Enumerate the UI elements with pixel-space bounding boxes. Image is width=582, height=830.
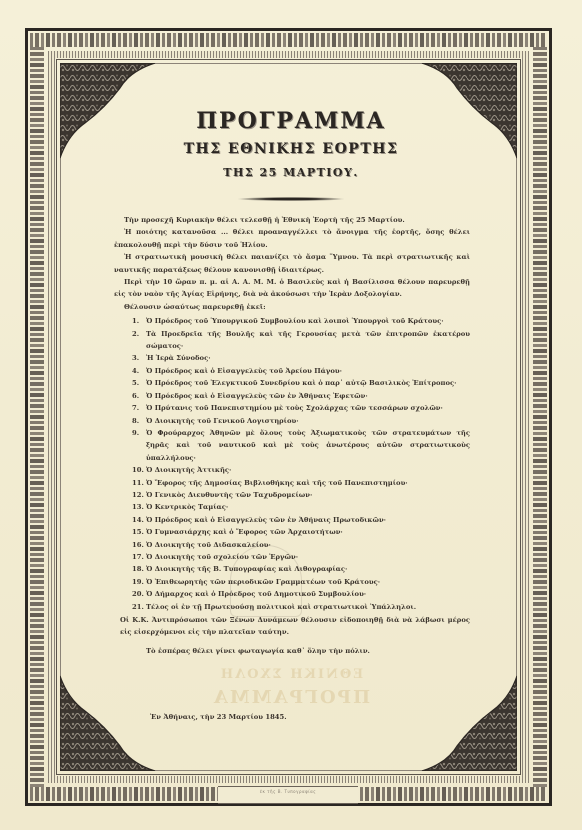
list-item: 19.Ὁ Ἐπιθεωρητὴς τῶν περιοδικῶν Γραμματέ… [114,576,470,588]
list-item: 15.Ὁ Γυμνασιάρχης καὶ ὁ Ἔφορος τῶν Ἀρχαι… [114,526,470,538]
list-item-text: Ὁ Ἔφορος τῆς Δημοσίας Βιβλιοθήκης καὶ τῆ… [146,477,470,489]
list-item: 2.Τὰ Προεδρεῖα τῆς Βουλῆς καὶ τῆς Γερουσ… [114,328,470,353]
list-item-number: 20. [132,588,146,600]
list-item-number: 13. [132,501,146,513]
document-date-title: ΤΗΣ 25 ΜΑΡΤΙΟΥ. [0,166,582,179]
list-item-text: Ὁ Διοικητὴς τοῦ Γενικοῦ Λογιστηρίου· [146,415,470,427]
list-item-number: 21. [132,601,146,613]
corner-ornament-icon [60,671,160,771]
list-item-text: Ὁ Κεντρικὸς Ταμίας· [146,501,470,513]
list-item-text: Ὁ Πρόεδρος τοῦ Ἐλεγκτικοῦ Συνεδρίου καὶ … [146,377,470,389]
list-item: 10.Ὁ Διοικητὴς Ἀττικῆς· [114,464,470,476]
document-body: Τὴν προσεχῆ Κυριακὴν θέλει τελεσθῇ ἡ Ἐθν… [114,214,470,657]
list-item-number: 15. [132,526,146,538]
paragraph: Ἡ στρατιωτικὴ μουσικὴ θέλει παιανίζει τὸ… [114,251,470,276]
paragraph: Τὴν προσεχῆ Κυριακὴν θέλει τελεσθῇ ἡ Ἐθν… [114,214,470,226]
list-item-text: Ὁ Πρύτανις τοῦ Πανεπιστημίου μὲ τοὺς Σχο… [146,402,470,414]
list-item: 4.Ὁ Πρόεδρος καὶ ὁ Εἰσαγγελεὺς τοῦ Ἀρείο… [114,365,470,377]
list-item-number: 17. [132,551,146,563]
list-item: 6.Ὁ Πρόεδρος καὶ ὁ Εἰσαγγελεὺς τῶν ἐν Ἀθ… [114,390,470,402]
list-item-text: Ὁ Πρόεδρος καὶ ὁ Εἰσαγγελεὺς τοῦ Ἀρείου … [146,365,470,377]
list-item-text: Τέλος οἱ ἐν τῇ Πρωτευούσῃ πολιτικοὶ καὶ … [146,601,470,613]
list-item-number: 16. [132,539,146,551]
dateline: Ἐν Ἀθήναις, τὴν 23 Μαρτίου 1845. [150,713,287,721]
list-item-number: 18. [132,563,146,575]
bleed-through-text: ΕΘΝΙΚΗ ΣΧΟΛΗ [0,667,582,682]
list-item: 8.Ὁ Διοικητὴς τοῦ Γενικοῦ Λογιστηρίου· [114,415,470,427]
list-item: 13.Ὁ Κεντρικὸς Ταμίας· [114,501,470,513]
list-item: 20.Ὁ Δήμαρχος καὶ ὁ Πρόεδρος τοῦ Δημοτικ… [114,588,470,600]
list-item: 11.Ὁ Ἔφορος τῆς Δημοσίας Βιβλιοθήκης καὶ… [114,477,470,489]
list-item-number: 19. [132,576,146,588]
list-item-text: Ἡ Ἱερὰ Σύνοδος· [146,352,470,364]
list-item-number: 11. [132,477,146,489]
list-item: 21.Τέλος οἱ ἐν τῇ Πρωτευούσῃ πολιτικοὶ κ… [114,601,470,613]
list-item: 18.Ὁ Διοικητὴς τῆς Β. Τυπογραφίας καὶ Λι… [114,563,470,575]
list-item-number: 6. [132,390,146,402]
list-item-number: 3. [132,352,146,364]
document-subtitle: ΤΗΣ ΕΘΝΙΚΗΣ ΕΟΡΤΗΣ [0,141,582,157]
title-divider [238,197,344,201]
note-paragraph: Οἱ Κ.Κ. Ἀντιπρόσωποι τῶν Ξένων Δυνάμεων … [120,614,470,639]
list-item-number: 12. [132,489,146,501]
list-item: 3.Ἡ Ἱερὰ Σύνοδος· [114,352,470,364]
list-item-number: 8. [132,415,146,427]
paragraph: Περὶ τὴν 10 ὥραν π. μ. αἱ Α. Α. Μ. Μ. ὁ … [114,276,470,301]
list-item-number: 7. [132,402,146,414]
list-item-text: Ὁ Γυμνασιάρχης καὶ ὁ Ἔφορος τῶν Ἀρχαιοτή… [146,526,470,538]
closing-paragraph: Τὸ ἑσπέρας θέλει γίνει φωταγωγία καθ᾽ ὅλ… [136,645,470,657]
list-item: 9.Ὁ Φρούραρχος Ἀθηνῶν μὲ ὅλους τοὺς Ἀξιω… [114,427,470,464]
list-item-number: 10. [132,464,146,476]
list-item-text: Ὁ Πρόεδρος καὶ ὁ Εἰσαγγελεὺς τῶν ἐν Ἀθήν… [146,514,470,526]
list-item-text: Ὁ Διοικητὴς τοῦ Διδασκαλείου· [146,539,470,551]
list-item: 16.Ὁ Διοικητὴς τοῦ Διδασκαλείου· [114,539,470,551]
list-item-number: 5. [132,377,146,389]
list-item-text: Ὁ Δήμαρχος καὶ ὁ Πρόεδρος τοῦ Δημοτικοῦ … [146,588,470,600]
list-item: 12.Ὁ Γενικὸς Διευθυντὴς τῶν Ταχυδρομείων… [114,489,470,501]
paragraph: Ἡ ποιότης κατανοῦσα ... θέλει προαναγγέλ… [114,226,470,251]
list-item-text: Ὁ Διοικητὴς τοῦ σχολείου τῶν Ἐργῶν· [146,551,470,563]
list-item-text: Τὰ Προεδρεῖα τῆς Βουλῆς καὶ τῆς Γερουσία… [146,328,470,353]
bleed-through-text: ΠΡΟΓΡΑΜΜΑ [0,687,582,708]
list-item-text: Ὁ Πρόεδρος καὶ ὁ Εἰσαγγελεὺς τῶν ἐν Ἀθήν… [146,390,470,402]
printer-imprint: ἐκ τῆς Β. Τυπογραφίας [218,789,358,794]
list-item: 17.Ὁ Διοικητὴς τοῦ σχολείου τῶν Ἐργῶν· [114,551,470,563]
list-item: 5.Ὁ Πρόεδρος τοῦ Ἐλεγκτικοῦ Συνεδρίου κα… [114,377,470,389]
list-item-number: 9. [132,427,146,464]
list-item: 1.Ὁ Πρόεδρος τοῦ Ὑπουργικοῦ Συμβουλίου κ… [114,315,470,327]
list-item-text: Ὁ Πρόεδρος τοῦ Ὑπουργικοῦ Συμβουλίου καὶ… [146,315,470,327]
list-item-text: Ὁ Φρούραρχος Ἀθηνῶν μὲ ὅλους τοὺς Ἀξιωμα… [146,427,470,464]
list-item-number: 4. [132,365,146,377]
list-item: 7.Ὁ Πρύτανις τοῦ Πανεπιστημίου μὲ τοὺς Σ… [114,402,470,414]
list-item-text: Ὁ Γενικὸς Διευθυντὴς τῶν Ταχυδρομείων· [146,489,470,501]
list-item-text: Ὁ Διοικητὴς τῆς Β. Τυπογραφίας καὶ Λιθογ… [146,563,470,575]
list-item-number: 14. [132,514,146,526]
list-item-number: 2. [132,328,146,353]
ornament-band-top [30,33,547,47]
list-item: 14.Ὁ Πρόεδρος καὶ ὁ Εἰσαγγελεὺς τῶν ἐν Ἀ… [114,514,470,526]
corner-ornament-icon [417,671,517,771]
list-item-text: Ὁ Ἐπιθεωρητὴς τῶν περιοδικῶν Γραμματέων … [146,576,470,588]
list-item-number: 1. [132,315,146,327]
paragraph: Θέλουσιν ὡσαύτως παρευρεθῇ ἐκεῖ: [114,301,470,313]
attendee-list: 1.Ὁ Πρόεδρος τοῦ Ὑπουργικοῦ Συμβουλίου κ… [114,315,470,613]
document-title: ΠΡΟΓΡΑΜΜΑ [0,108,582,134]
list-item-text: Ὁ Διοικητὴς Ἀττικῆς· [146,464,470,476]
